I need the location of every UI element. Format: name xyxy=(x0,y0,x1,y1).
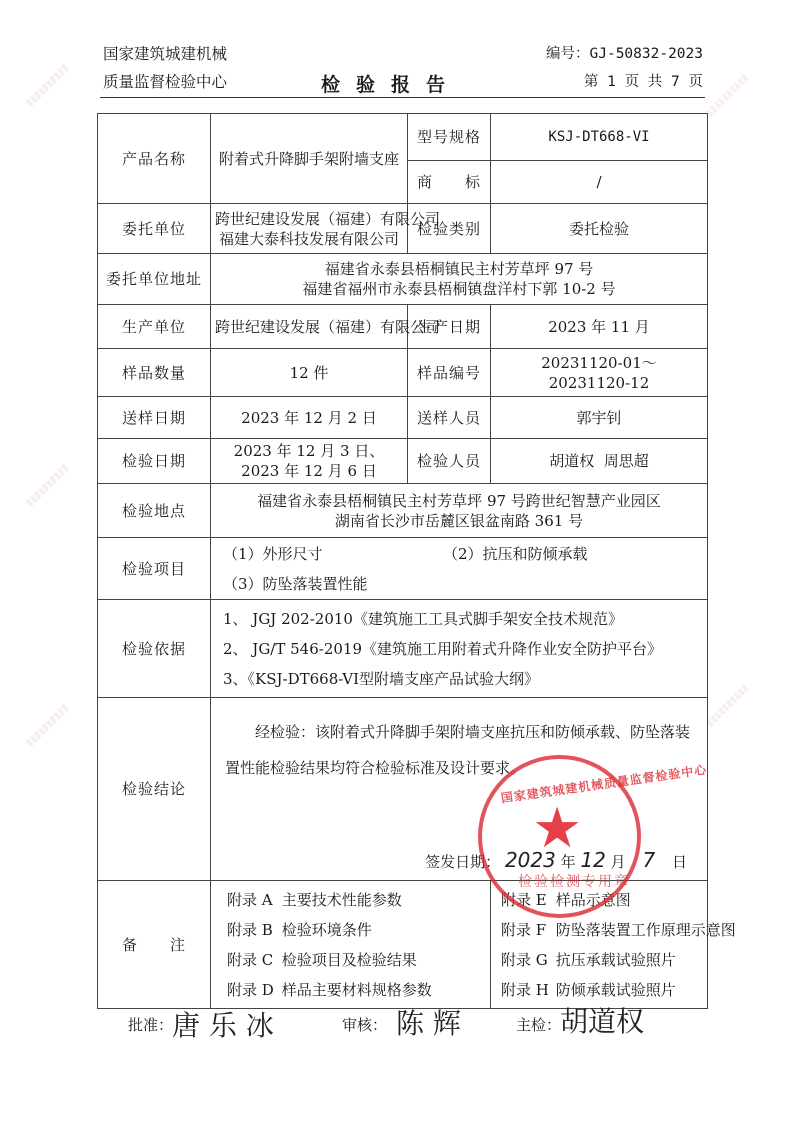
review-signature: 陈 辉 xyxy=(396,1002,461,1042)
conclusion-label: 检验结论 xyxy=(98,698,211,881)
model-value: KSJ-DT668-VI xyxy=(491,114,708,161)
watermark: ▮▮▮▮▮▮▮▮▮▮ xyxy=(24,62,71,109)
appendix-d: 附录 D 样品主要材料规格参数 xyxy=(215,975,486,1005)
product-name-value: 附着式升降脚手架附墙支座 xyxy=(211,114,408,204)
sample-qty-value: 12 件 xyxy=(211,349,408,397)
approve-label: 批准： xyxy=(128,1014,173,1035)
watermark: ▮▮▮▮▮▮▮▮▮▮ xyxy=(24,462,71,509)
client-address-line2: 福建省福州市永泰县梧桐镇盘洋村下郭 10-2 号 xyxy=(215,279,703,299)
basis-value: 1、 JGJ 202-2010《建筑施工工具式脚手架安全技术规范》 2、 JG/… xyxy=(211,600,708,698)
manufacturer-label: 生产单位 xyxy=(98,305,211,349)
client-line1: 跨世纪建设发展（福建）有限公司 xyxy=(215,209,403,229)
inspector-signature: 胡道权 xyxy=(560,1000,644,1040)
inspection-date-label: 检验日期 xyxy=(98,439,211,484)
item-row-1: （1）外形尺寸（2）抗压和防倾承载 xyxy=(223,539,703,569)
client-line2: 福建大泰科技发展有限公司 xyxy=(215,229,403,249)
sample-no-line1: 20231120-01～ xyxy=(495,353,703,373)
delivery-person-label: 送样人员 xyxy=(408,397,491,439)
day-unit: 日 xyxy=(672,853,687,871)
client-value: 跨世纪建设发展（福建）有限公司 福建大泰科技发展有限公司 xyxy=(211,204,408,254)
inspection-type-value: 委托检验 xyxy=(491,204,708,254)
watermark: ▮▮▮▮▮▮▮▮▮▮ xyxy=(704,682,751,729)
official-stamp: 国家建筑城建机械质量监督检验中心 ★ 检验检测专用章 xyxy=(478,755,641,918)
items-value: （1）外形尺寸（2）抗压和防倾承载 （3）防坠落装置性能 xyxy=(211,538,708,600)
client-address-value: 福建省永泰县梧桐镇民主村芳草坪 97 号 福建省福州市永泰县梧桐镇盘洋村下郭 1… xyxy=(211,254,708,305)
item-1: （1）外形尺寸 xyxy=(223,539,443,569)
star-icon: ★ xyxy=(532,801,582,857)
inspection-date-value: 2023 年 12 月 3 日、 2023 年 12 月 6 日 xyxy=(211,439,408,484)
delivery-date-value: 2023 年 12 月 2 日 xyxy=(211,397,408,439)
delivery-date-label: 送样日期 xyxy=(98,397,211,439)
model-label: 型号规格 xyxy=(408,114,491,161)
manufacturer-value: 跨世纪建设发展（福建）有限公司 xyxy=(211,305,408,349)
basis-line-2: 2、 JG/T 546-2019《建筑施工用附着式升降作业安全防护平台》 xyxy=(223,634,703,664)
inspection-date-line2: 2023 年 12 月 6 日 xyxy=(215,461,403,481)
location-value: 福建省永泰县梧桐镇民主村芳草坪 97 号跨世纪智慧产业园区 湖南省长沙市岳麓区银… xyxy=(211,484,708,538)
sample-no-label: 样品编号 xyxy=(408,349,491,397)
brand-label: 商 标 xyxy=(408,161,491,204)
basis-line-1: 1、 JGJ 202-2010《建筑施工工具式脚手架安全技术规范》 xyxy=(223,604,703,634)
header-divider xyxy=(100,97,705,98)
client-label: 委托单位 xyxy=(98,204,211,254)
appendix-b: 附录 B 检验环境条件 xyxy=(215,915,486,945)
inspector-label: 主检： xyxy=(516,1014,561,1035)
inspectors-value: 胡道权 周思超 xyxy=(491,439,708,484)
client-address-label: 委托单位地址 xyxy=(98,254,211,305)
appendix-f: 附录 F 防坠落装置工作原理示意图 xyxy=(495,915,703,945)
location-line1: 福建省永泰县梧桐镇民主村芳草坪 97 号跨世纪智慧产业园区 xyxy=(215,491,703,511)
sample-qty-label: 样品数量 xyxy=(98,349,211,397)
stamp-bottom-text: 检验检测专用章 xyxy=(518,871,630,891)
watermark: ▮▮▮▮▮▮▮▮▮▮ xyxy=(24,702,71,749)
approve-signature: 唐 乐 冰 xyxy=(172,1004,274,1044)
production-date-value: 2023 年 11 月 xyxy=(491,305,708,349)
issue-day: 7 xyxy=(642,848,655,872)
remarks-left: 附录 A 主要技术性能参数 附录 B 检验环境条件 附录 C 检验项目及检验结果… xyxy=(211,881,491,1009)
location-line2: 湖南省长沙市岳麓区银盆南路 361 号 xyxy=(215,511,703,531)
org-name-line2: 质量监督检验中心 xyxy=(103,70,227,92)
org-name-line1: 国家建筑城建机械 xyxy=(103,42,227,64)
review-label: 审核： xyxy=(342,1014,387,1035)
basis-label: 检验依据 xyxy=(98,600,211,698)
item-2: （2）抗压和防倾承载 xyxy=(443,545,588,563)
client-address-line1: 福建省永泰县梧桐镇民主村芳草坪 97 号 xyxy=(215,259,703,279)
product-name-label: 产品名称 xyxy=(98,114,211,204)
location-label: 检验地点 xyxy=(98,484,211,538)
remarks-label: 备 注 xyxy=(98,881,211,1009)
appendix-c: 附录 C 检验项目及检验结果 xyxy=(215,945,486,975)
sample-no-line2: 20231120-12 xyxy=(495,373,703,393)
items-label: 检验项目 xyxy=(98,538,211,600)
report-number: 编号：GJ-50832-2023 xyxy=(546,42,703,63)
page-indicator: 第 1 页 共 7 页 xyxy=(584,70,703,91)
item-3: （3）防坠落装置性能 xyxy=(223,569,703,599)
basis-line-3: 3、《KSJ-DT668-VI型附墙支座产品试验大纲》 xyxy=(223,664,703,694)
inspectors-label: 检验人员 xyxy=(408,439,491,484)
sample-no-value: 20231120-01～ 20231120-12 xyxy=(491,349,708,397)
brand-value: / xyxy=(491,161,708,204)
watermark: ▮▮▮▮▮▮▮▮▮▮ xyxy=(704,72,751,119)
report-title: 检验报告 xyxy=(321,70,461,97)
appendix-g: 附录 G 抗压承载试验照片 xyxy=(495,945,703,975)
delivery-person-value: 郭宇钊 xyxy=(491,397,708,439)
production-date-label: 生产日期 xyxy=(408,305,491,349)
inspection-date-line1: 2023 年 12 月 3 日、 xyxy=(215,441,403,461)
appendix-a: 附录 A 主要技术性能参数 xyxy=(215,885,486,915)
